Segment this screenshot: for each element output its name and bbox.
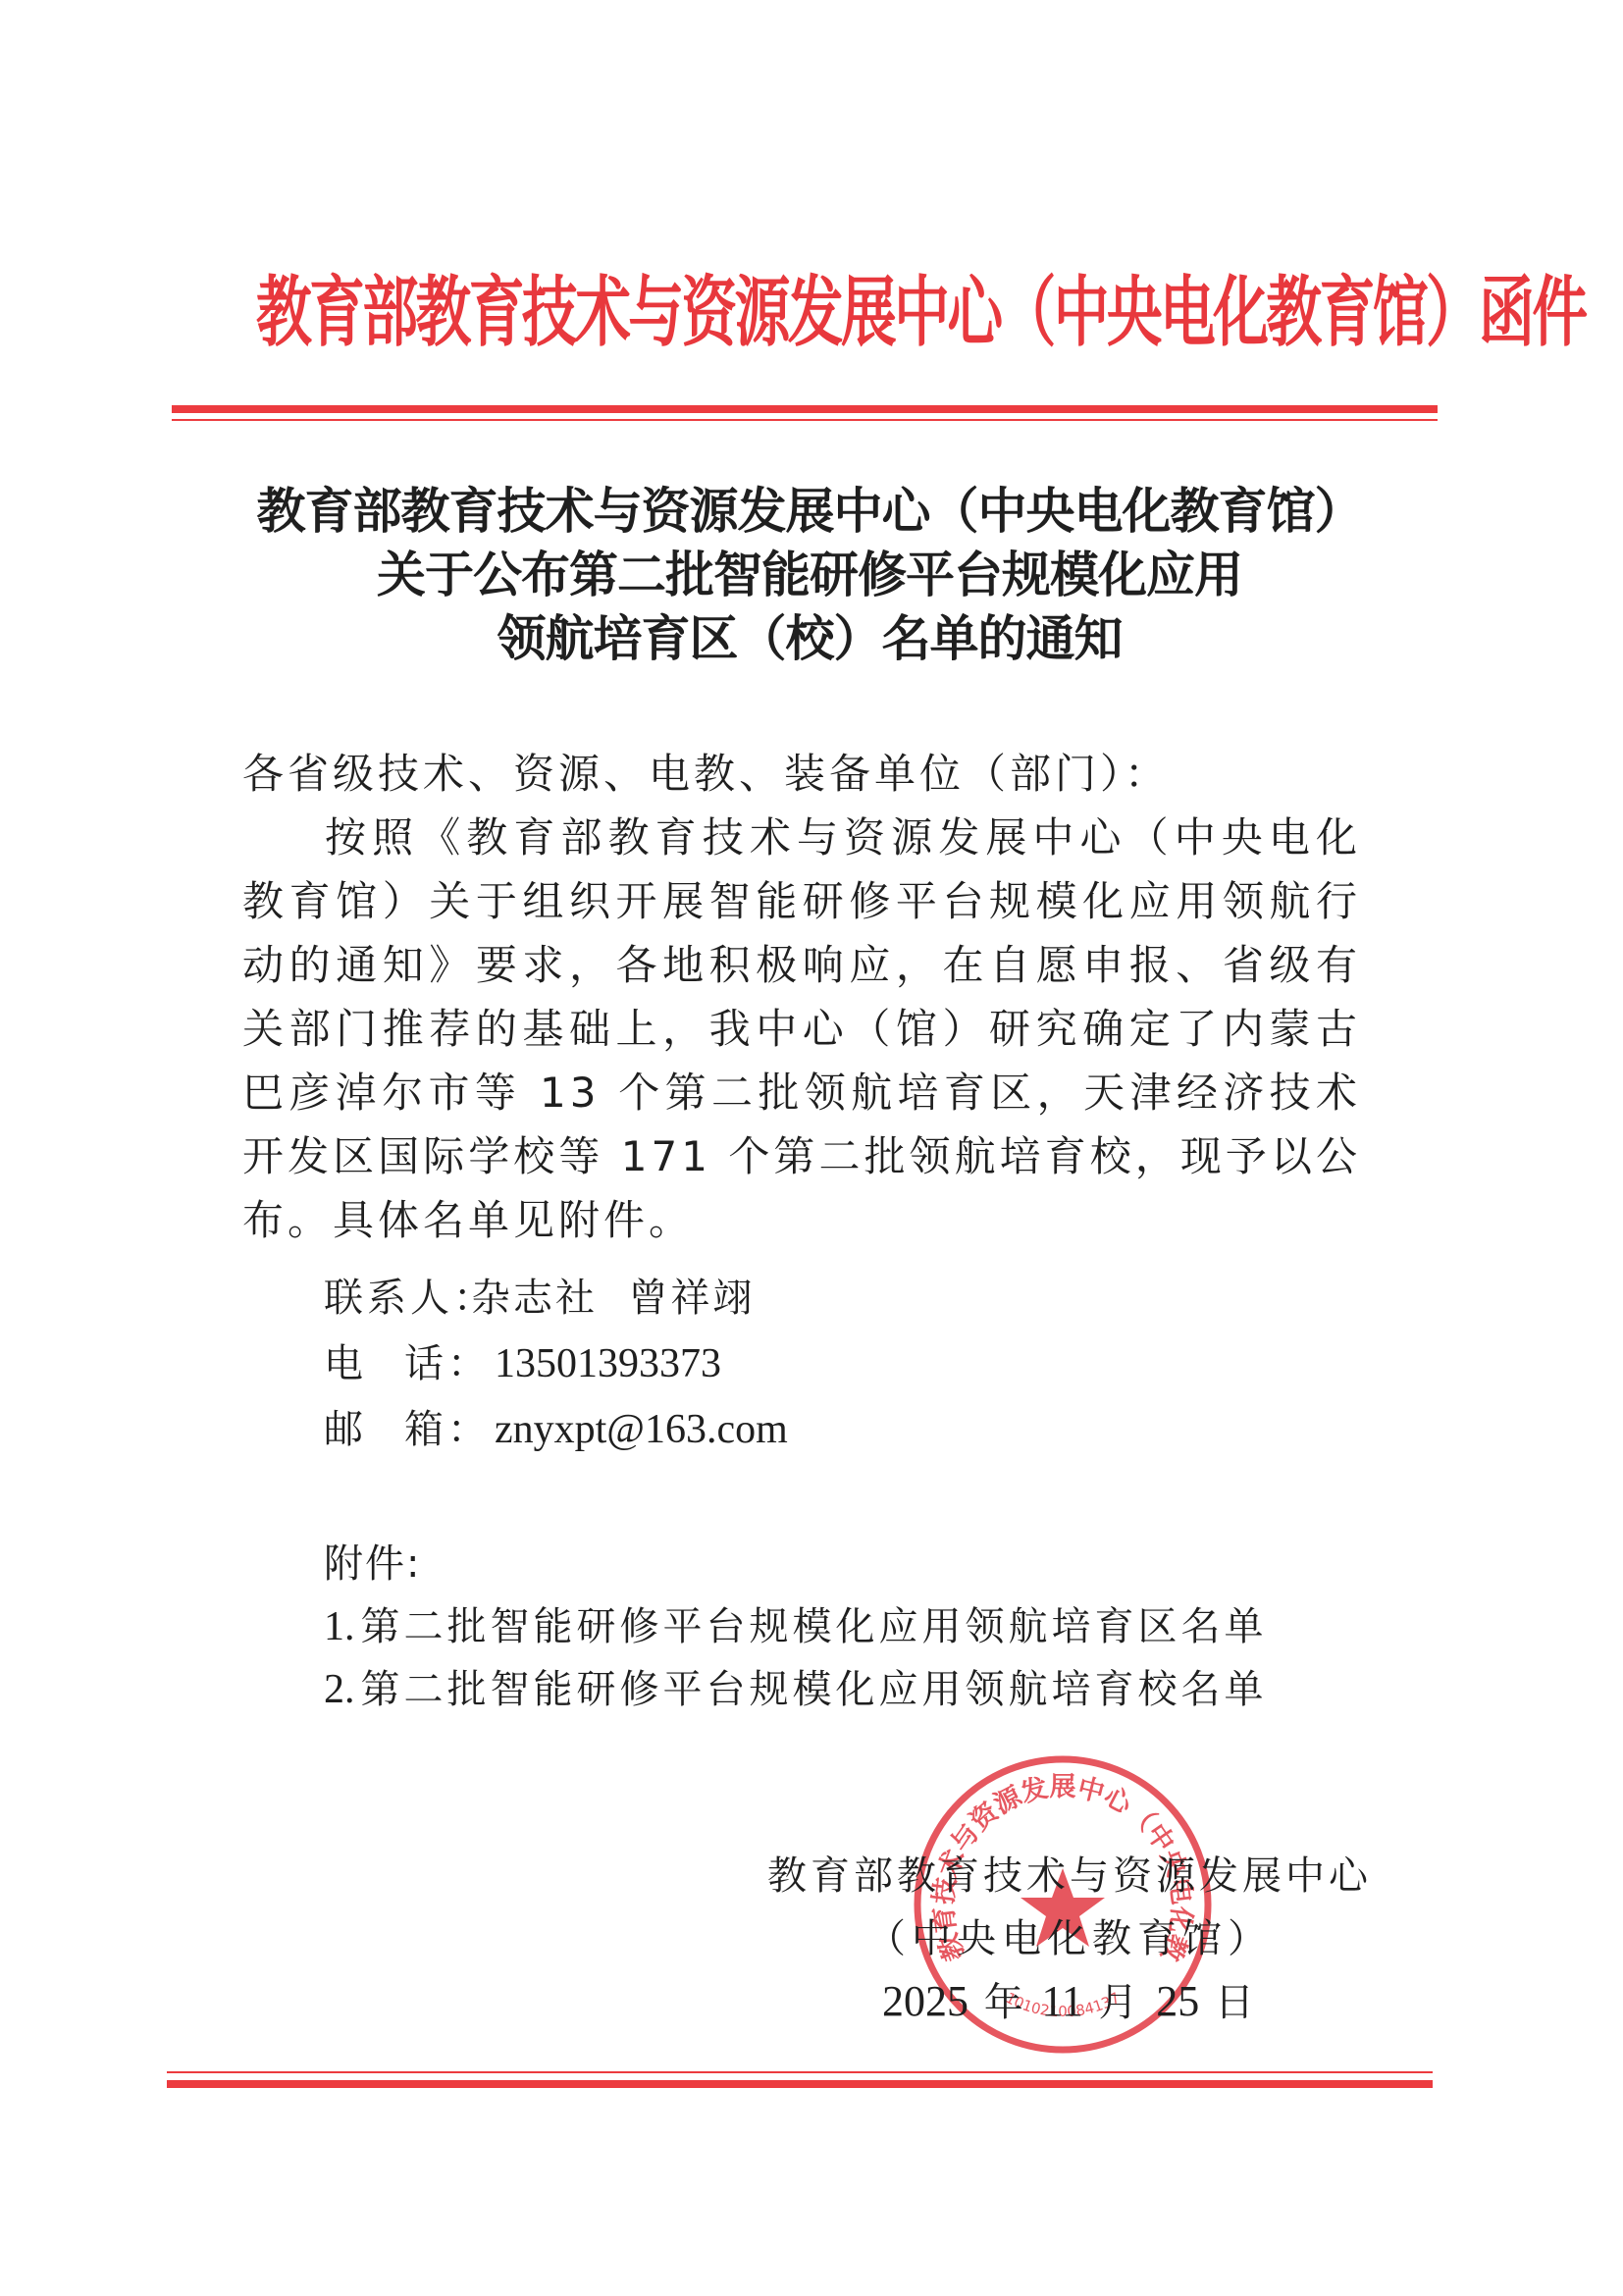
letterhead-title: 教育部教育技术与资源发展中心（中央电化教育馆）函件 [256,254,1353,370]
signature-date: 2025 年 11 月 25 日 [756,1970,1384,2034]
letterhead-rule-thick [172,405,1438,413]
date-year-unit: 年 [984,1980,1026,2025]
contact-phone-value: 13501393373 [495,1331,721,1397]
phone-label-char-1: 电 [324,1331,367,1397]
date-year: 2025 [882,1977,969,2025]
signature-org-line-1: 教育部教育技术与资源发展中心 [756,1845,1384,1907]
date-day-unit: 日 [1215,1980,1257,2025]
contact-person-value: 杂志社 曾祥翊 [471,1266,755,1331]
title-line-2: 关于公布第二批智能研修平台规模化应用 [196,543,1423,606]
contact-phone-label: 电 话 [324,1331,447,1397]
title-line-1: 教育部教育技术与资源发展中心（中央电化教育馆） [196,479,1423,543]
contact-email-row: 邮 箱 ： znyxpt@163.com [324,1397,788,1463]
contact-phone-colon: ： [447,1331,471,1397]
footer-rule-thin [167,2071,1433,2073]
date-month-unit: 月 [1099,1980,1141,2025]
email-label-char-1: 邮 [324,1397,367,1463]
attachment-label: 第二批智能研修平台规模化应用领航培育校名单 [361,1667,1268,1712]
contact-email-colon: ： [447,1397,471,1463]
contact-person-label: 联系人： [324,1266,471,1331]
salutation: 各省级技术、资源、电教、装备单位（部门）： [242,742,1371,806]
document-title: 教育部教育技术与资源发展中心（中央电化教育馆） 关于公布第二批智能研修平台规模化… [196,479,1423,670]
title-line-3: 领航培育区（校）名单的通知 [196,606,1423,670]
contact-email-label: 邮 箱 [324,1397,447,1463]
attachment-number: 1. [324,1604,355,1649]
email-label-char-2: 箱 [404,1397,447,1463]
contact-block: 联系人： 杂志社 曾祥翊 电 话 ： 13501393373 邮 箱 ： zny… [324,1266,788,1463]
attachment-item-1: 1.第二批智能研修平台规模化应用领航培育区名单 [324,1595,1268,1658]
letterhead-rule-thin [172,419,1438,421]
attachment-label: 第二批智能研修平台规模化应用领航培育区名单 [361,1604,1268,1649]
attachments-block: 附件: 1.第二批智能研修平台规模化应用领航培育区名单 2.第二批智能研修平台规… [324,1533,1268,1721]
contact-person-row: 联系人： 杂志社 曾祥翊 [324,1266,788,1331]
signature-org-line-2: （中央电化教育馆） [756,1907,1384,1970]
date-day: 25 [1156,1977,1199,2025]
attachment-item-2: 2.第二批智能研修平台规模化应用领航培育校名单 [324,1658,1268,1721]
attachment-number: 2. [324,1667,355,1712]
date-month: 11 [1041,1977,1082,2025]
attachments-heading: 附件: [324,1533,1268,1595]
body-paragraph: 按照《教育部教育技术与资源发展中心（中央电化教育馆）关于组织开展智能研修平台规模… [242,806,1361,1252]
document-body: 各省级技术、资源、电教、装备单位（部门）： 按照《教育部教育技术与资源发展中心（… [242,742,1371,1252]
contact-phone-row: 电 话 ： 13501393373 [324,1331,788,1397]
signature-block: 教育部教育技术与资源发展中心 （中央电化教育馆） 2025 年 11 月 25 … [756,1845,1384,2034]
document-page: 教育部教育技术与资源发展中心（中央电化教育馆）函件 教育部教育技术与资源发展中心… [0,0,1623,2296]
phone-label-char-2: 话 [404,1331,447,1397]
footer-rule-thick [167,2080,1433,2088]
contact-email-value: znyxpt@163.com [495,1397,788,1463]
